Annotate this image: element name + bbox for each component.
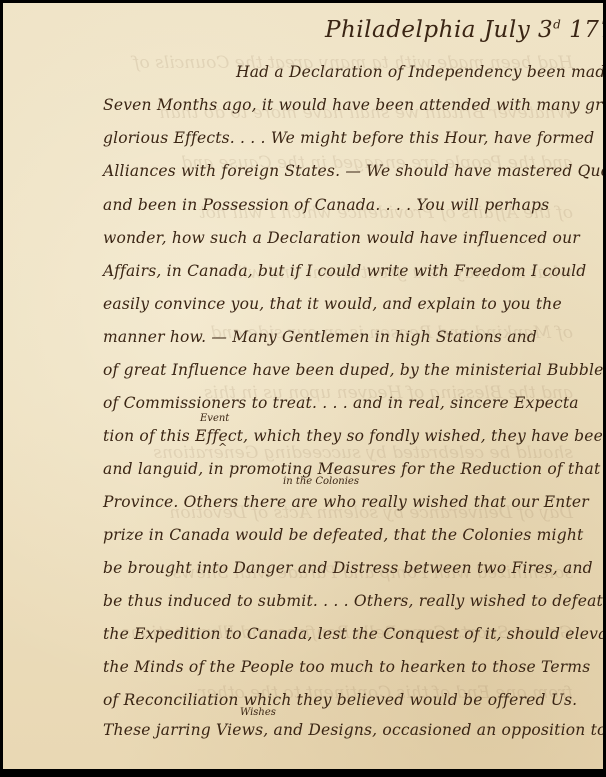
letter-line: tion of this Effect, which they so fondl… [103, 427, 603, 445]
dateline-day-suffix: d [553, 17, 561, 31]
letter-line: Province. Others there are who really wi… [103, 493, 589, 511]
letter-line: Affairs, in Canada, but if I could write… [103, 262, 586, 280]
letter-line: of Commissioners to treat. . . . and in … [103, 394, 579, 412]
interlinear-insertion: Event [200, 413, 229, 424]
letter-dateline: Philadelphia July 3d 1776 [325, 17, 603, 43]
letter-page: Had been made with ta many great the Cou… [3, 3, 603, 769]
letter-line: be thus induced to submit. . . . Others,… [103, 592, 603, 610]
dateline-place: Philadelphia [325, 17, 476, 43]
ink-bleed-through: Had been made with ta many great the Cou… [3, 3, 603, 769]
letter-line: of great Influence have been duped, by t… [103, 361, 603, 379]
letter-line: Alliances with foreign States. — We shou… [103, 162, 603, 180]
letter-line: Had a Declaration of Independency been m… [236, 63, 603, 81]
letter-line: These jarring Views, and Designs, occasi… [103, 721, 603, 739]
letter-line: the Expedition to Canada, lest the Conqu… [103, 625, 603, 643]
dateline-month: July [484, 17, 530, 43]
letter-line: manner how. — Many Gentlemen in high Sta… [103, 328, 537, 346]
dateline-year: 1776 [569, 17, 603, 43]
interlinear-insertion: in the Colonies [283, 476, 359, 487]
insertion-caret: ^ [218, 441, 227, 454]
letter-line: easily convince you, that it would, and … [103, 295, 562, 313]
letter-line: the Minds of the People too much to hear… [103, 658, 590, 676]
letter-line: wonder, how such a Declaration would hav… [103, 229, 580, 247]
interlinear-insertion: Wishes [240, 707, 276, 718]
dateline-day: 3 [538, 17, 553, 43]
letter-line: be brought into Danger and Distress betw… [103, 559, 593, 577]
letter-line: glorious Effects. . . . We might before … [103, 129, 594, 147]
letter-line: of Reconciliation which they believed wo… [103, 691, 577, 709]
letter-line: prize in Canada would be defeated, that … [103, 526, 583, 544]
letter-line: and been in Possession of Canada. . . . … [103, 196, 549, 214]
letter-line: Seven Months ago, it would have been att… [103, 96, 603, 114]
